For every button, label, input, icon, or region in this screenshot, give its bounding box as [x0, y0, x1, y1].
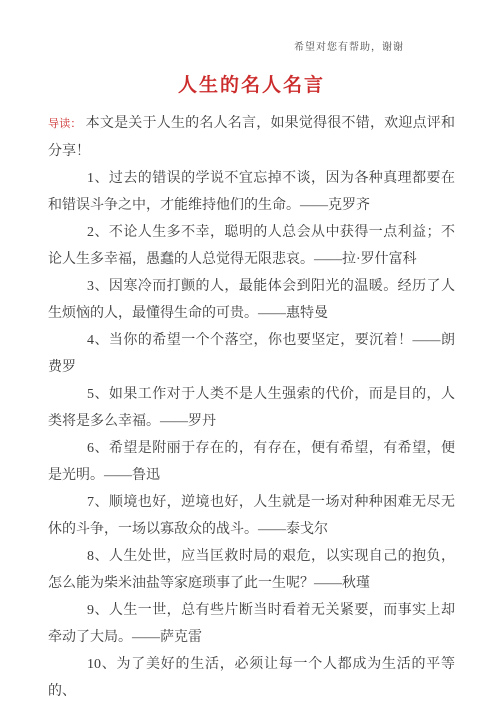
quote-paragraph: 6、希望是附丽于存在的，有存在，便有希望，有希望，便是光明。——鲁迅 [48, 435, 455, 489]
quote-paragraph: 1、过去的错误的学说不宜忘掉不谈，因为各种真理都要在和错误斗争之中，才能维持他们… [48, 165, 455, 219]
quote-paragraph: 4、当你的希望一个个落空，你也要坚定，要沉着！——朗费罗 [48, 327, 455, 381]
quote-paragraph: 7、顺境也好，逆境也好，人生就是一场对种种困难无尽无休的斗争，一场以寡敌众的战斗… [48, 489, 455, 543]
document-content: 人生的名人名言 导读：本文是关于人生的名人名言，如果觉得很不错，欢迎点评和分享！… [48, 70, 455, 705]
header-note: 希望对您有帮助，谢谢 [294, 38, 404, 53]
intro-label: 导读： [48, 118, 82, 130]
quote-paragraph: 2、不论人生多不幸，聪明的人总会从中获得一点利益；不论人生多幸福，愚蠢的人总觉得… [48, 219, 455, 273]
intro-paragraph: 导读：本文是关于人生的名人名言，如果觉得很不错，欢迎点评和分享！ [48, 110, 455, 165]
quote-paragraph: 3、因寒冷而打颤的人，最能体会到阳光的温暖。经历了人生烦恼的人，最懂得生命的可贵… [48, 273, 455, 327]
quote-paragraph: 8、人生处世，应当匡救时局的艰危，以实现自己的抱负，怎么能为柴米油盐等家庭琐事了… [48, 543, 455, 597]
quote-list: 1、过去的错误的学说不宜忘掉不谈，因为各种真理都要在和错误斗争之中，才能维持他们… [48, 165, 455, 705]
intro-text: 本文是关于人生的名人名言，如果觉得很不错，欢迎点评和分享！ [48, 116, 455, 159]
quote-paragraph: 9、人生一世，总有些片断当时看着无关紧要，而事实上却牵动了大局。——萨克雷 [48, 597, 455, 651]
document-page: 希望对您有帮助，谢谢 人生的名人名言 导读：本文是关于人生的名人名言，如果觉得很… [0, 0, 500, 707]
quote-paragraph: 5、如果工作对于人类不是人生强索的代价，而是目的，人类将是多么幸福。——罗丹 [48, 381, 455, 435]
quote-paragraph: 10、为了美好的生活，必须让每一个人都成为生活的平等的、 [48, 651, 455, 705]
page-title: 人生的名人名言 [48, 70, 455, 97]
